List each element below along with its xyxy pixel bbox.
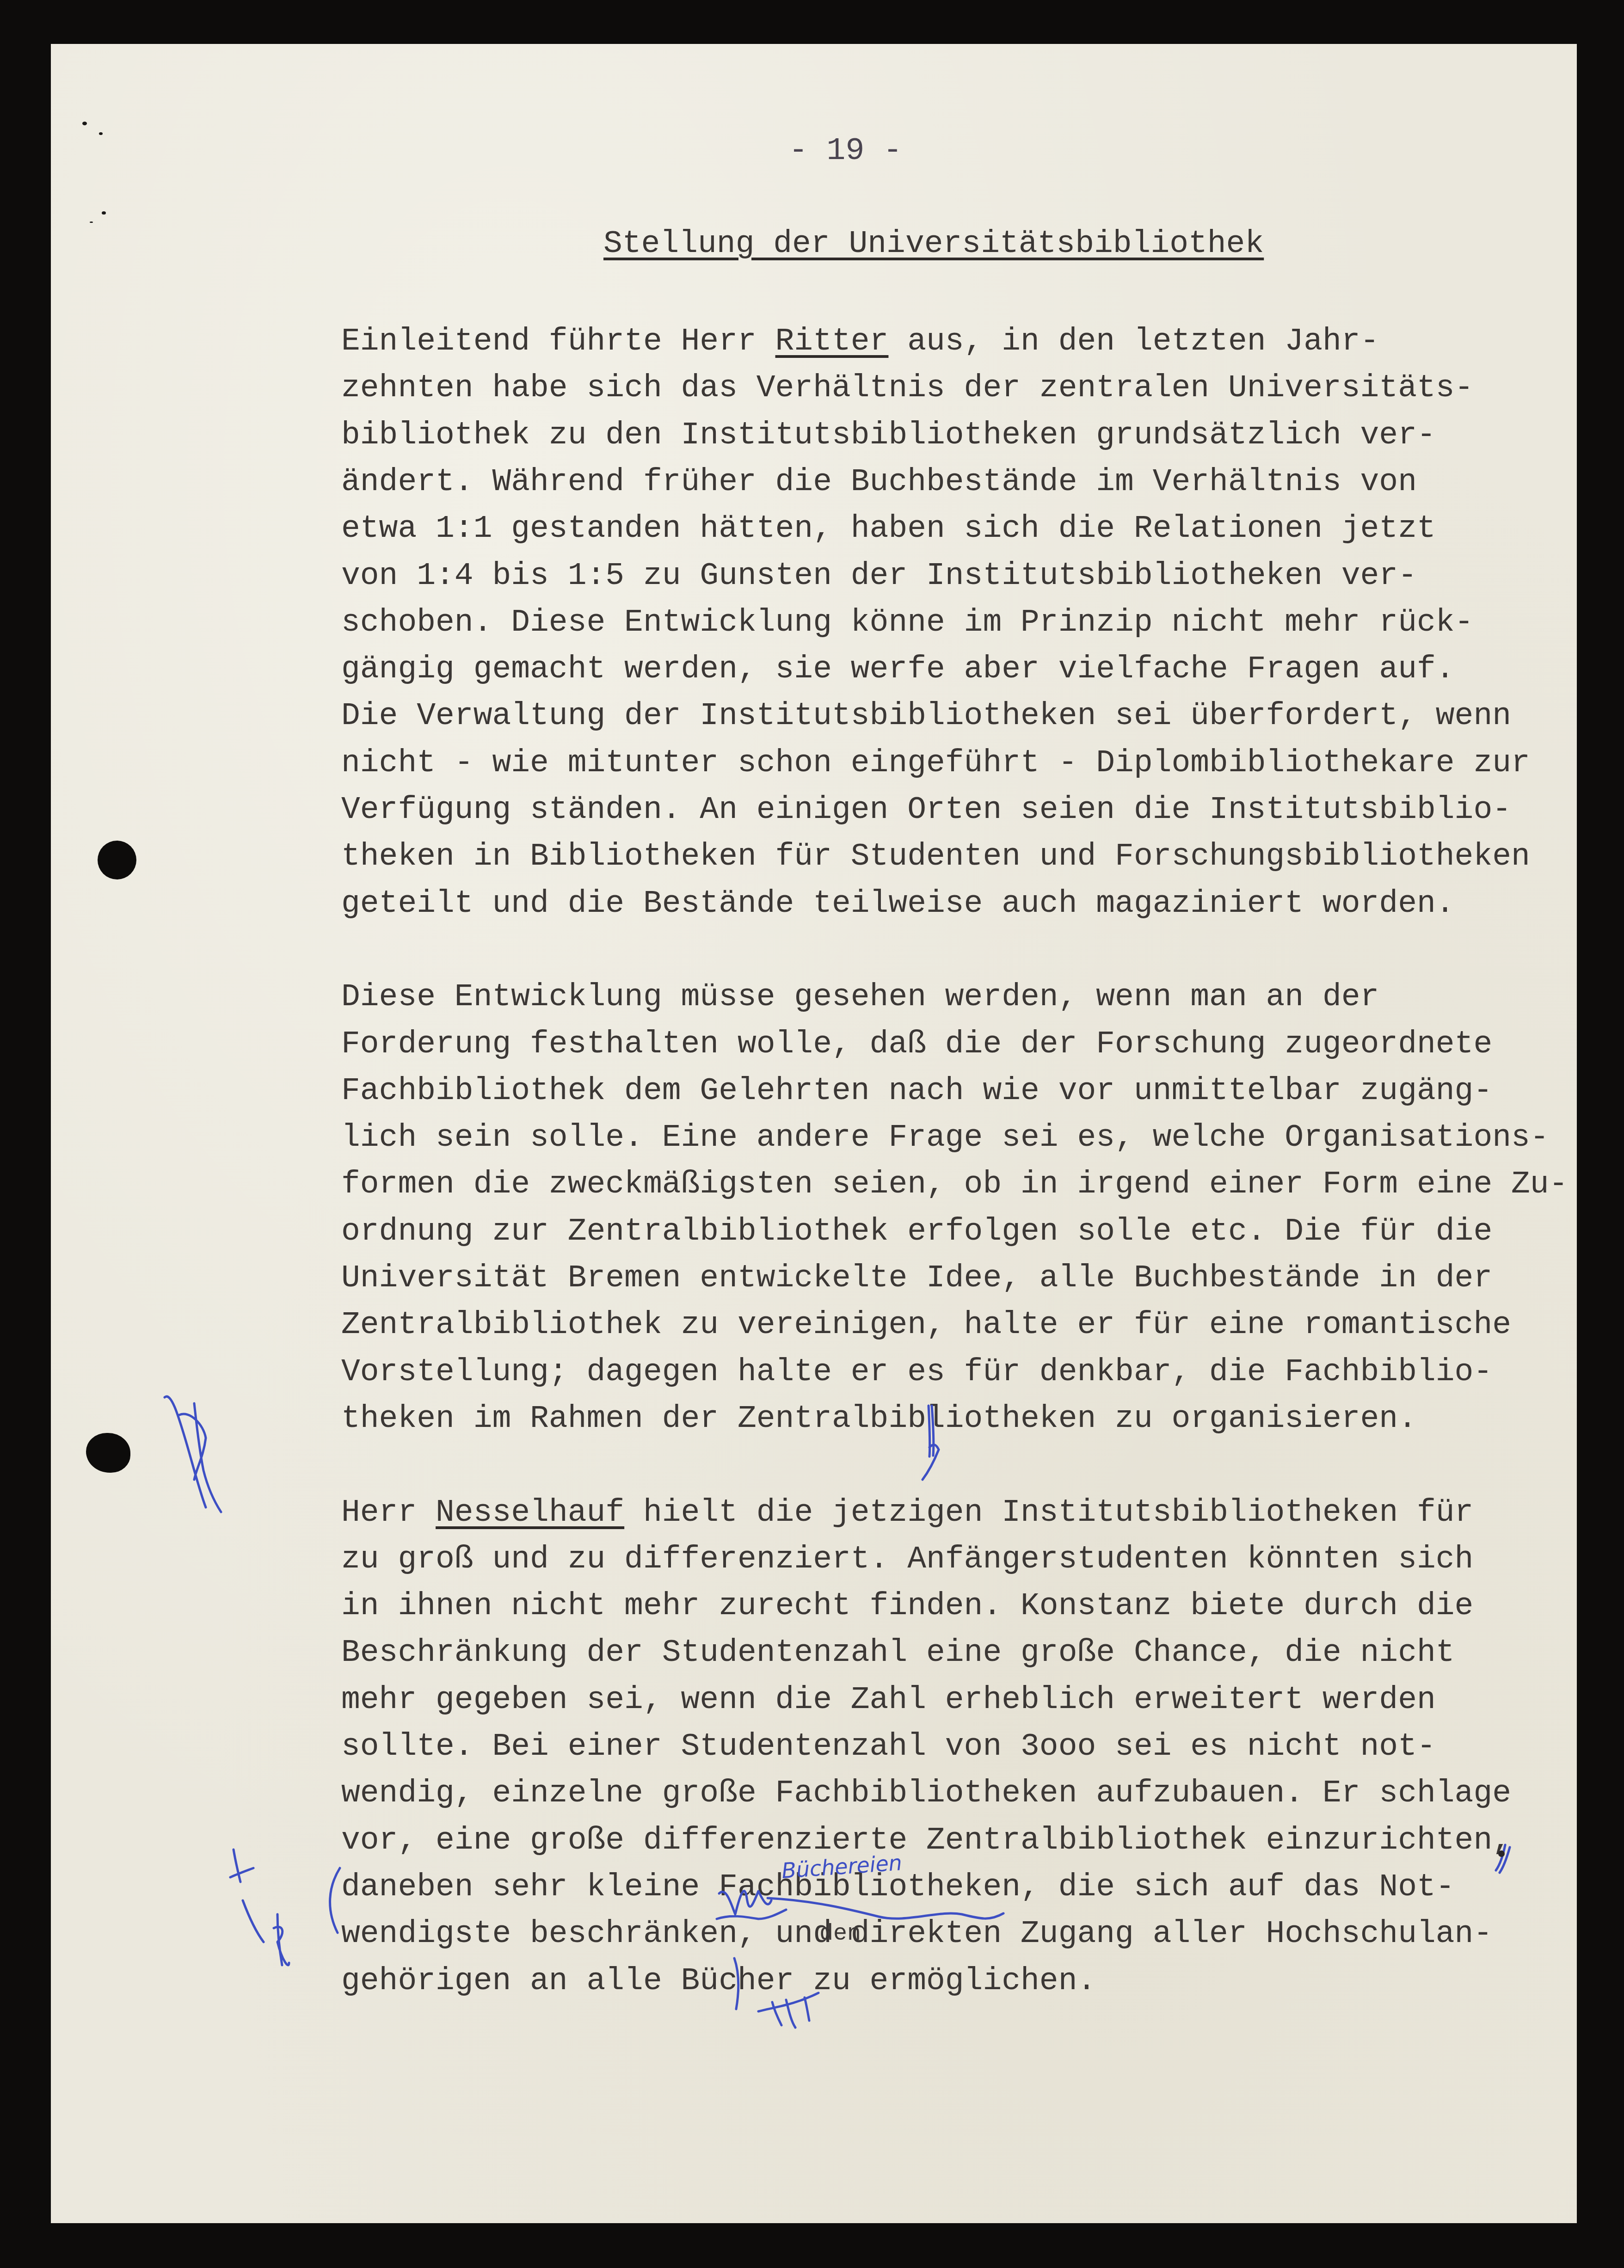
strikeout-icon	[717, 1891, 786, 1919]
bracket-open-icon	[330, 1868, 340, 1933]
comma-mark-icon	[1496, 1845, 1510, 1873]
bracket-close-icon	[734, 1958, 738, 2009]
pen-annotations	[0, 0, 1624, 2268]
insert-mark-icon	[923, 1406, 939, 1480]
wavy-underline-icon	[768, 1898, 1003, 1918]
typed-insert-den: den	[819, 1923, 861, 1946]
delete-mark-icon	[758, 1993, 818, 2028]
comma-dot-icon	[1498, 1850, 1505, 1857]
margin-mark-icon	[165, 1396, 221, 1512]
margin-mark-icon	[230, 1850, 289, 1965]
